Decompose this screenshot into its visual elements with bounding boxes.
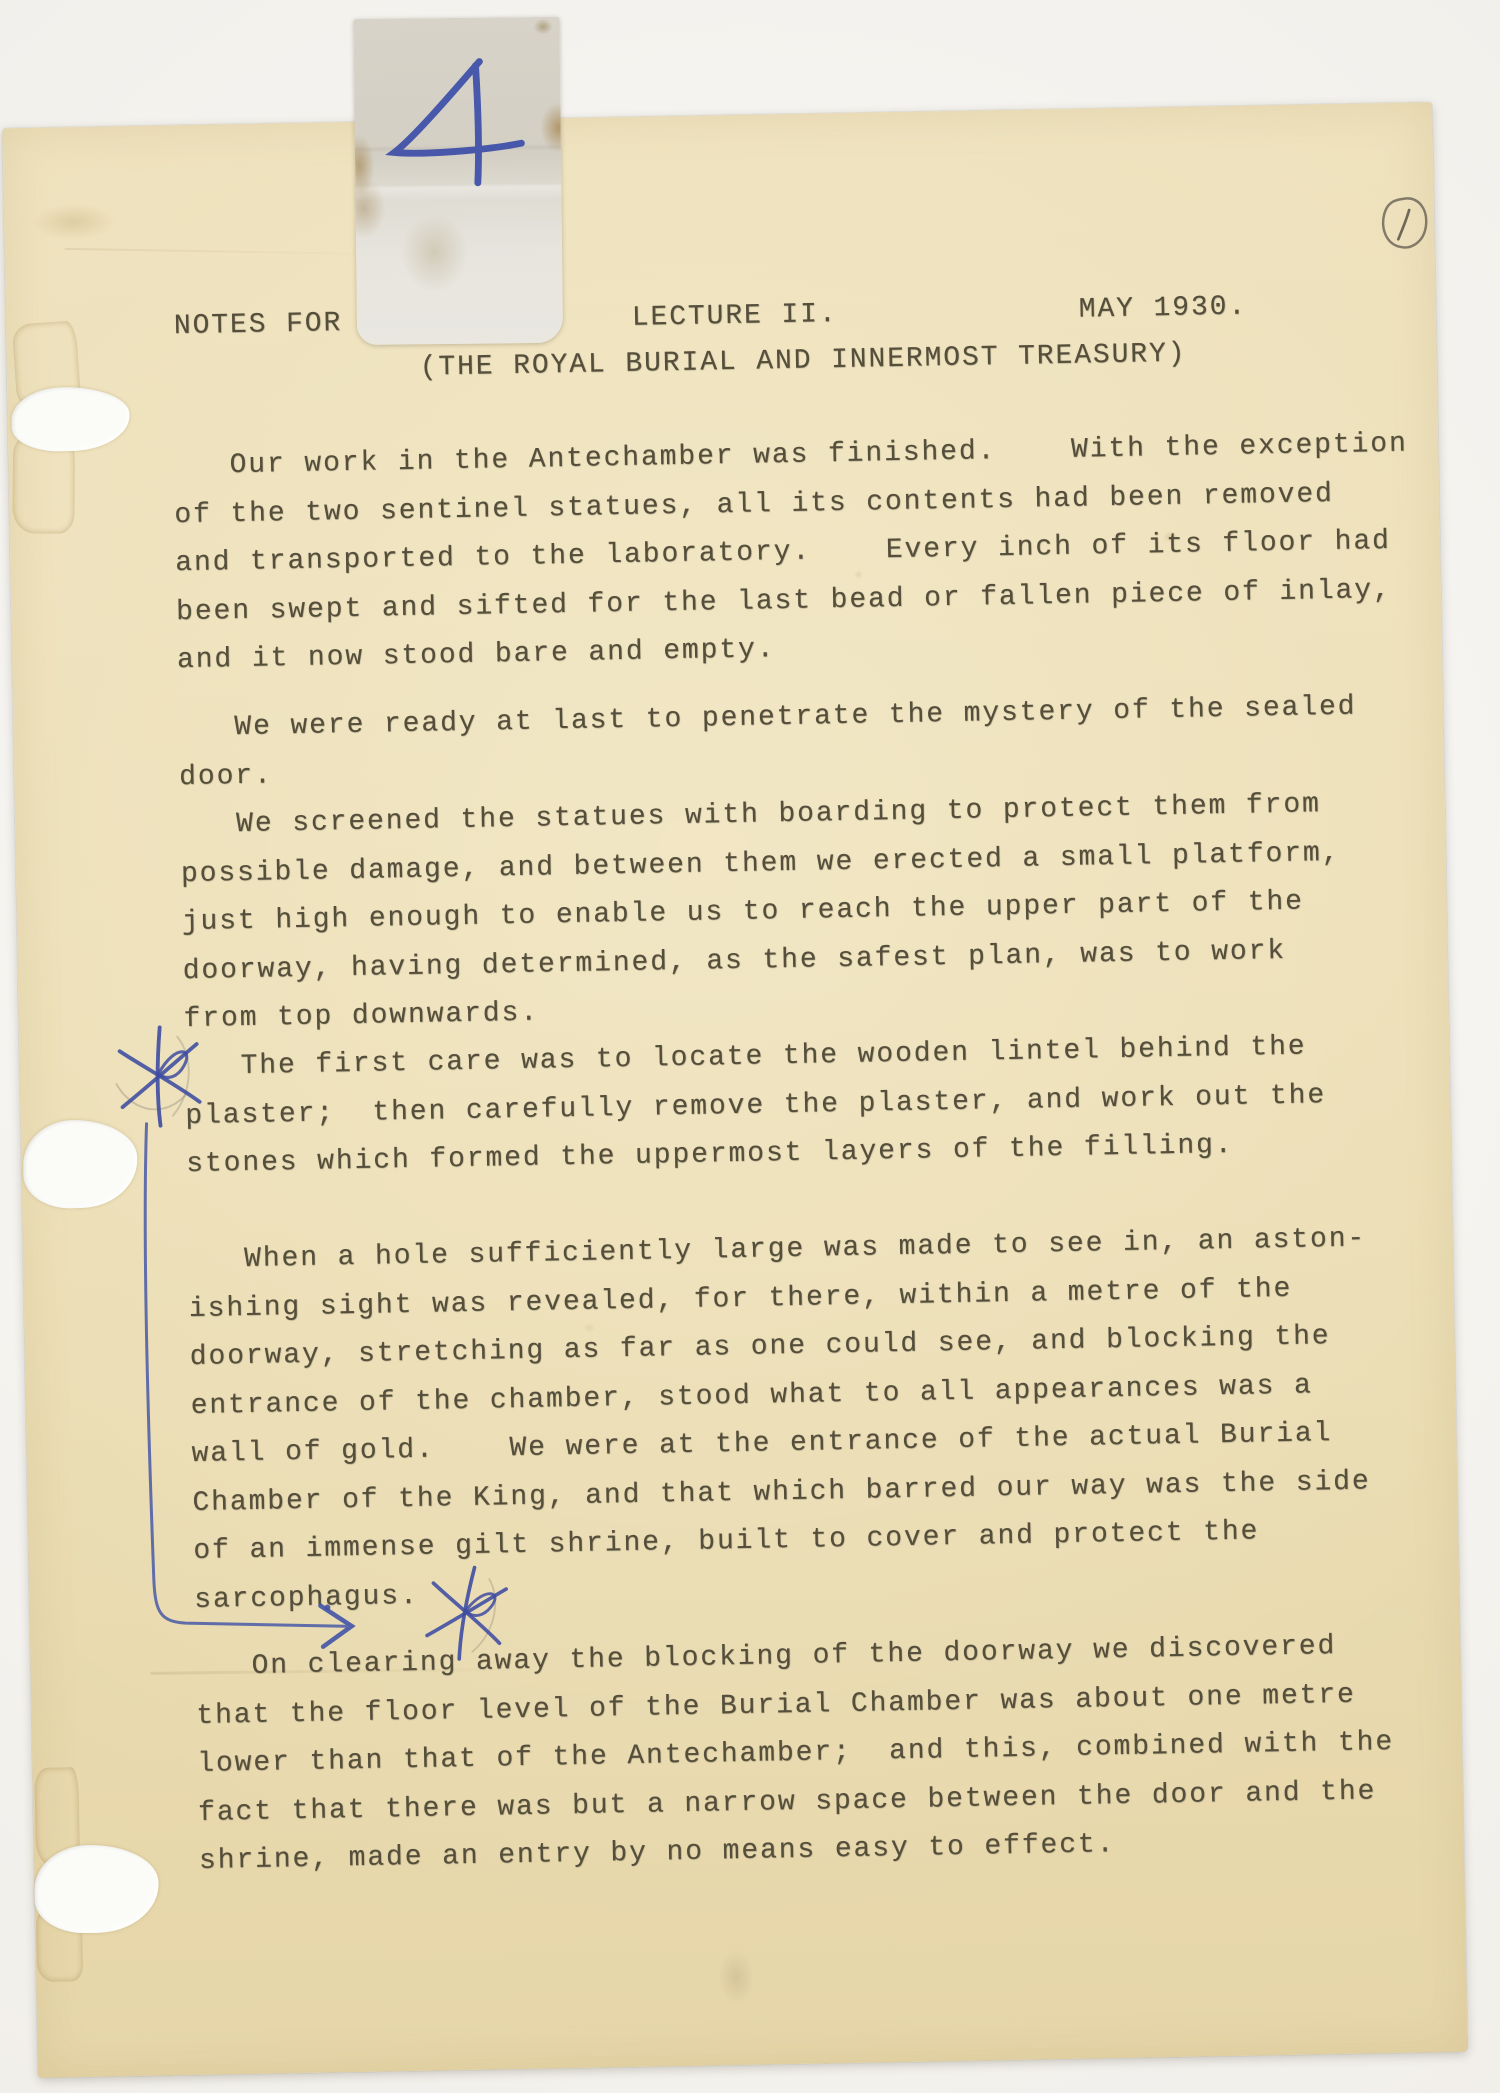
lecture-title: LECTURE II. [632,299,838,334]
document-subtitle: (THE ROYAL BURIAL AND INNERMOST TREASURY… [419,339,1186,384]
typed-paragraph-5: When a hole sufficiently large was made … [188,1214,1475,1625]
ink-margin-line-arrow [128,1118,378,1662]
torn-hole [22,1119,138,1209]
typed-paragraph-6: On clearing away the blocking of the doo… [195,1621,1479,1887]
taped-number-slip: 4 [353,17,563,345]
handwritten-number [380,55,531,189]
document-date: MAY 1930. [1078,291,1247,325]
scanned-document: { "document": { "header": { "title_prefi… [0,0,1500,2093]
typed-paragraph-4: The first care was to locate the wooden … [184,1021,1466,1190]
typed-paragraph-1: Our work in the Antechamber was finished… [173,420,1457,686]
torn-hole [34,1844,160,1934]
typed-paragraph-3: We screened the statues with boarding to… [180,779,1464,1045]
ink-asterisk-mark [107,1023,211,1131]
ink-asterisk-mark [410,1556,520,1670]
document-title-prefix: NOTES FOR S [174,307,380,342]
pencil-circled-page-number: 1 [1377,194,1432,253]
torn-hole [11,386,130,452]
document-page: NOTES FOR S LECTURE II. MAY 1930. (THE R… [2,102,1467,2078]
